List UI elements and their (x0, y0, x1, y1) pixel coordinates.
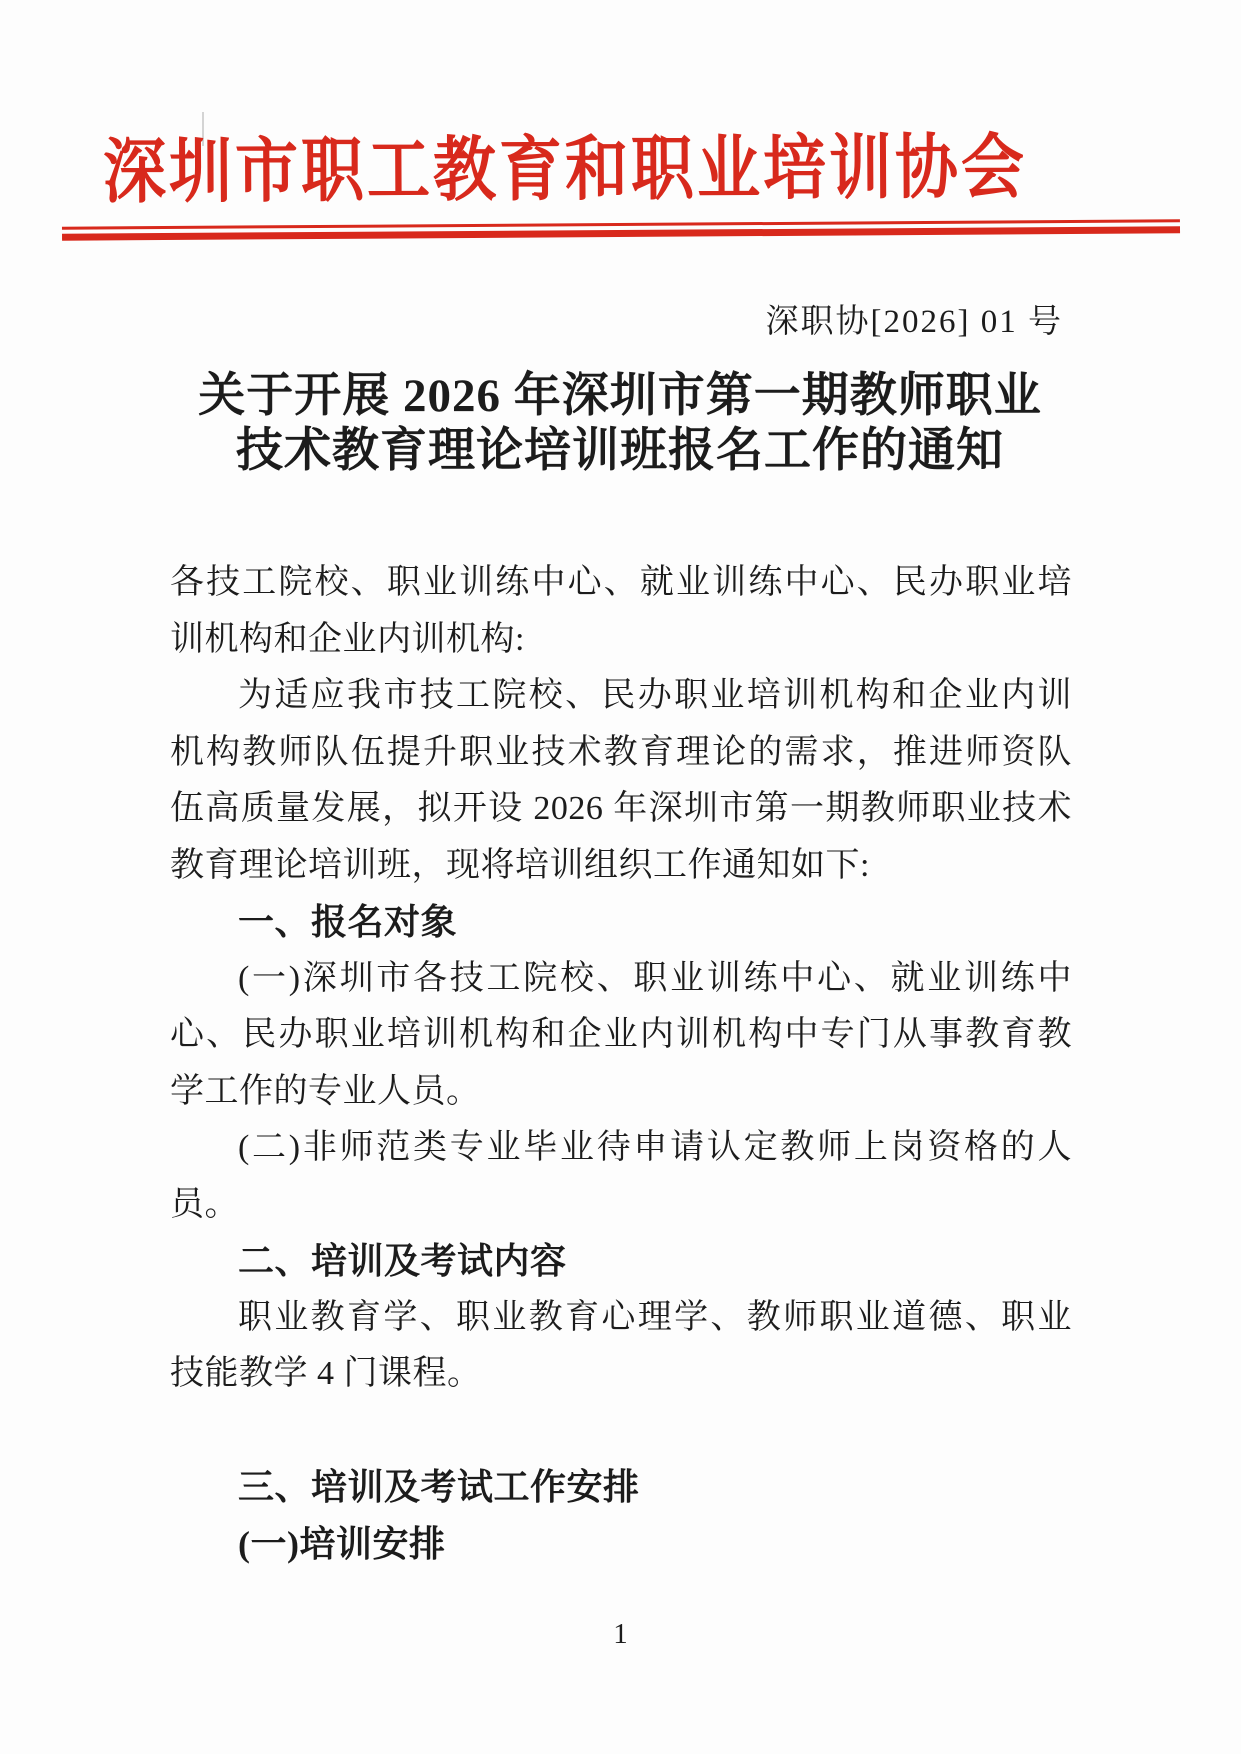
letterhead-org-name: 深圳市职工教育和职业培训协会 (60, 109, 1071, 231)
document-title-line2: 技术教育理论培训班报名工作的通知 (120, 424, 1120, 479)
body-line: 心、民办职业培训机构和企业内训机构中专门从事教育教 (170, 1007, 1072, 1064)
body-line: 训机构和企业内训机构: (170, 612, 1072, 669)
sub-heading: (一)培训安排 (170, 1516, 1072, 1573)
document-number: 深职协[2026] 01 号 (170, 300, 1063, 344)
body-line: (二)非师范类专业毕业待申请认定教师上岗资格的人 (170, 1120, 1072, 1177)
body-line: 机构教师队伍提升职业技术教育理论的需求，推进师资队 (170, 725, 1072, 782)
document-body: 各技工院校、职业训练中心、就业训练中心、民办职业培训机构和企业内训机构:为适应我… (170, 555, 1072, 1572)
body-line: 伍高质量发展，拟开设 2026 年深圳市第一期教师职业技术 (170, 781, 1072, 838)
body-line: 为适应我市技工院校、民办职业培训机构和企业内训 (170, 668, 1072, 725)
blank-line (170, 1403, 1072, 1460)
body-line: 各技工院校、职业训练中心、就业训练中心、民办职业培 (170, 555, 1072, 612)
body-line: 员。 (170, 1177, 1072, 1234)
page-number: 1 (0, 1618, 1241, 1651)
section-heading: 一、报名对象 (170, 894, 1072, 951)
body-line: 学工作的专业人员。 (170, 1064, 1072, 1121)
document-title: 关于开展 2026 年深圳市第一期教师职业 技术教育理论培训班报名工作的通知 (120, 369, 1120, 479)
document-page: 深圳市职工教育和职业培训协会 深职协[2026] 01 号 关于开展 2026 … (0, 0, 1241, 1754)
body-line: 技能教学 4 门课程。 (170, 1346, 1072, 1403)
body-line: 教育理论培训班，现将培训组织工作通知如下: (170, 838, 1072, 895)
body-line: 职业教育学、职业教育心理学、教师职业道德、职业 (170, 1290, 1072, 1347)
document-title-line1: 关于开展 2026 年深圳市第一期教师职业 (120, 369, 1120, 424)
section-heading: 三、培训及考试工作安排 (170, 1459, 1072, 1516)
body-line: (一)深圳市各技工院校、职业训练中心、就业训练中 (170, 951, 1072, 1008)
section-heading: 二、培训及考试内容 (170, 1233, 1072, 1290)
